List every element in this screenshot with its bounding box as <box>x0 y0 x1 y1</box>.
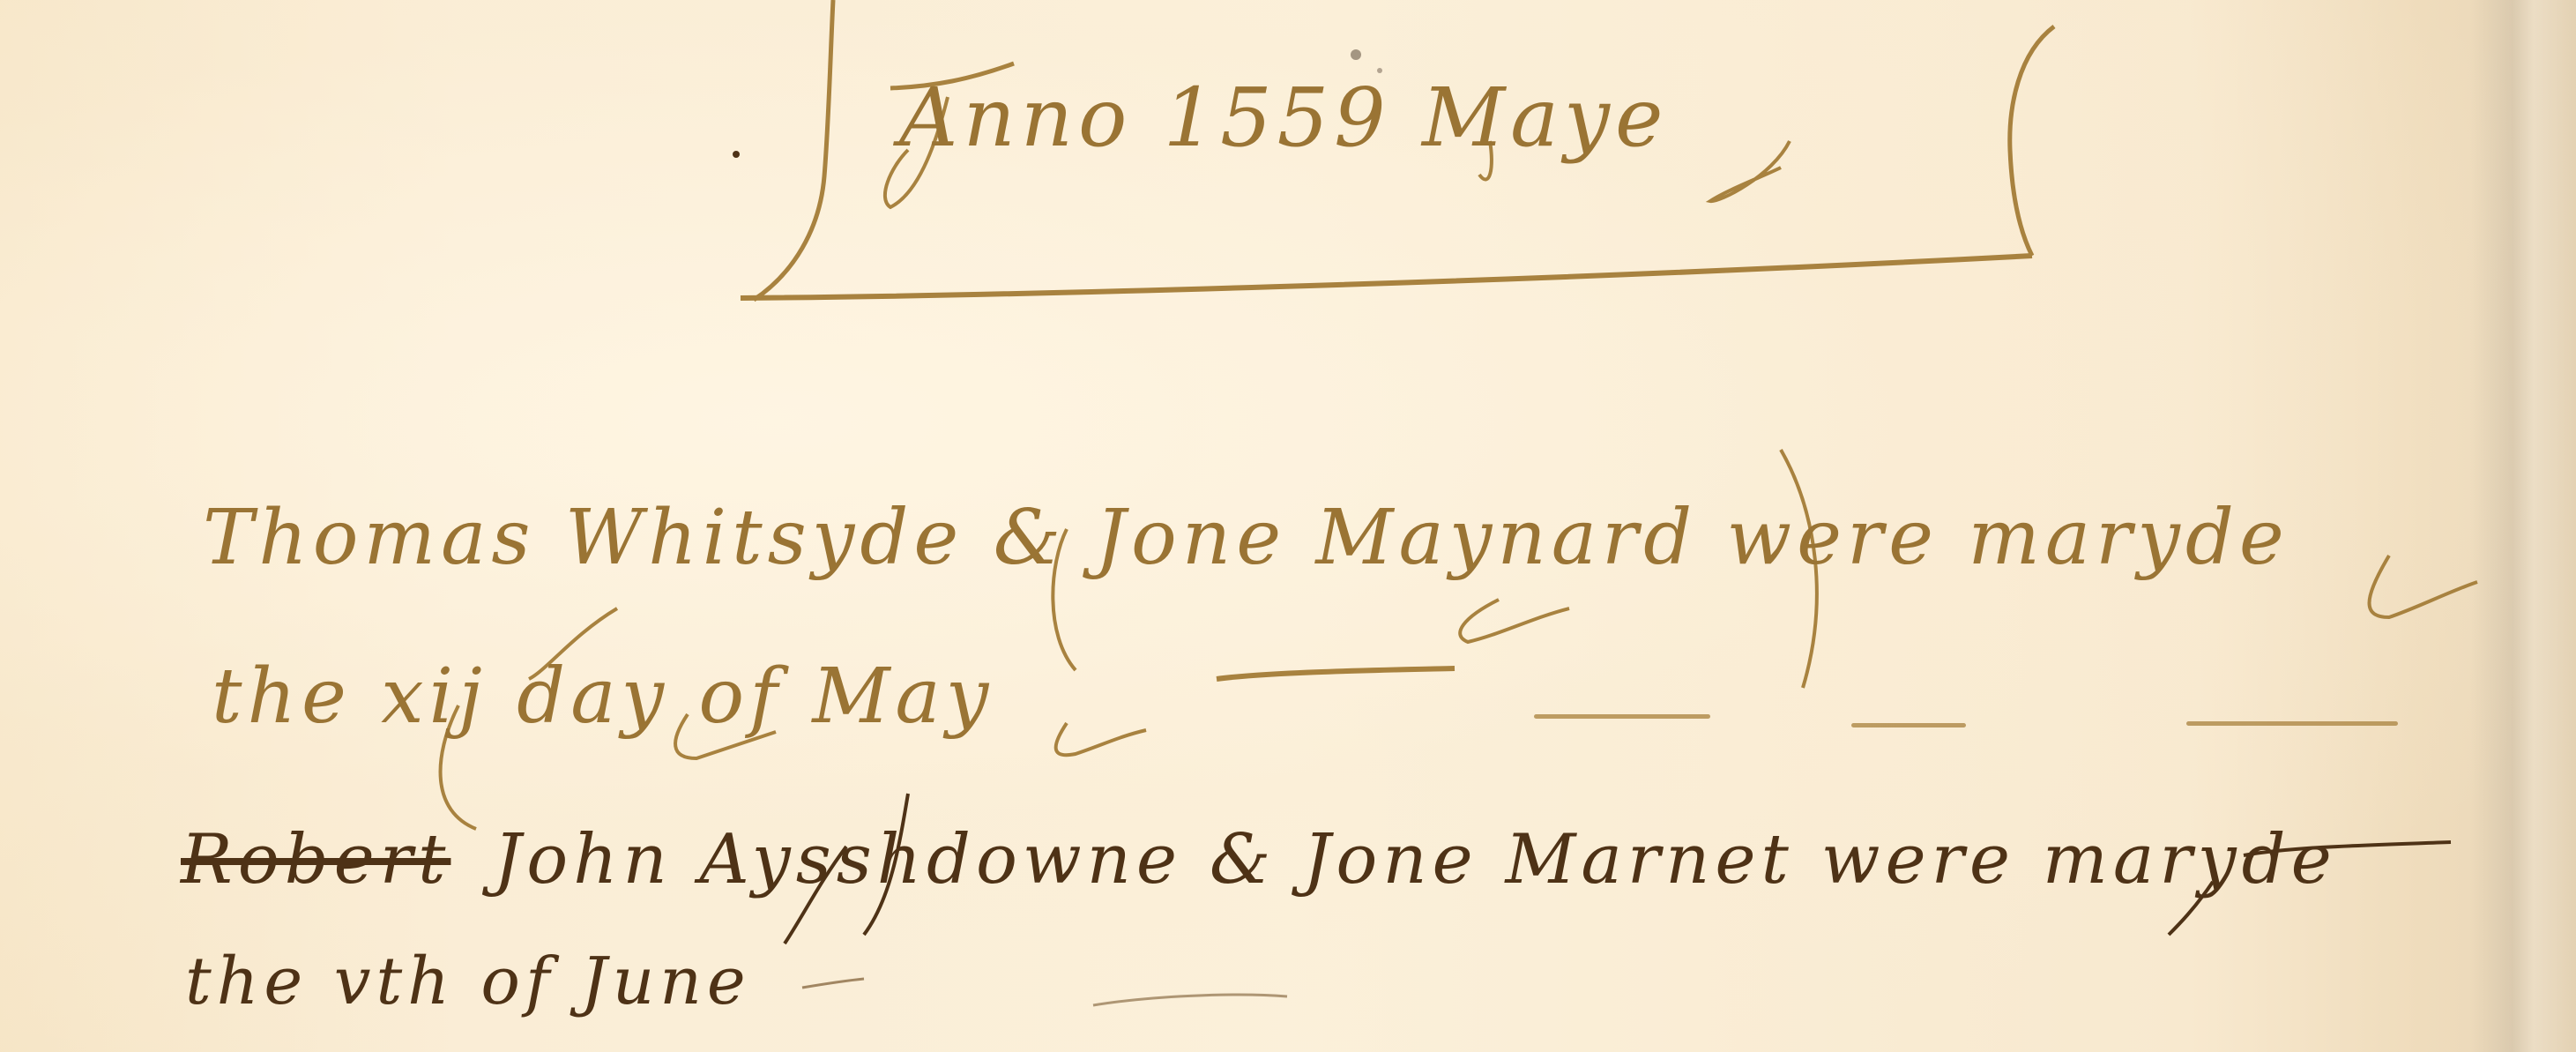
manuscript-page: Anno 1559 Maye Thomas Whitsyde & Jone Ma… <box>0 0 2576 1052</box>
filler-mark <box>1851 723 1966 727</box>
entry-2-line-2: the vth of June <box>185 944 751 1019</box>
filler-mark <box>2186 721 2398 726</box>
entry-1-line-1: Thomas Whitsyde & Jone Maynard were mary… <box>203 494 2289 582</box>
struck-through-word: Robert <box>181 820 450 899</box>
filler-mark <box>1534 714 1710 719</box>
entry-2-line-1: John Aysshdowne & Jone Marnet were maryd… <box>494 820 2337 899</box>
register-heading: Anno 1559 Maye <box>899 71 1668 165</box>
entry-1-line-2: the xij day of May <box>212 653 994 741</box>
